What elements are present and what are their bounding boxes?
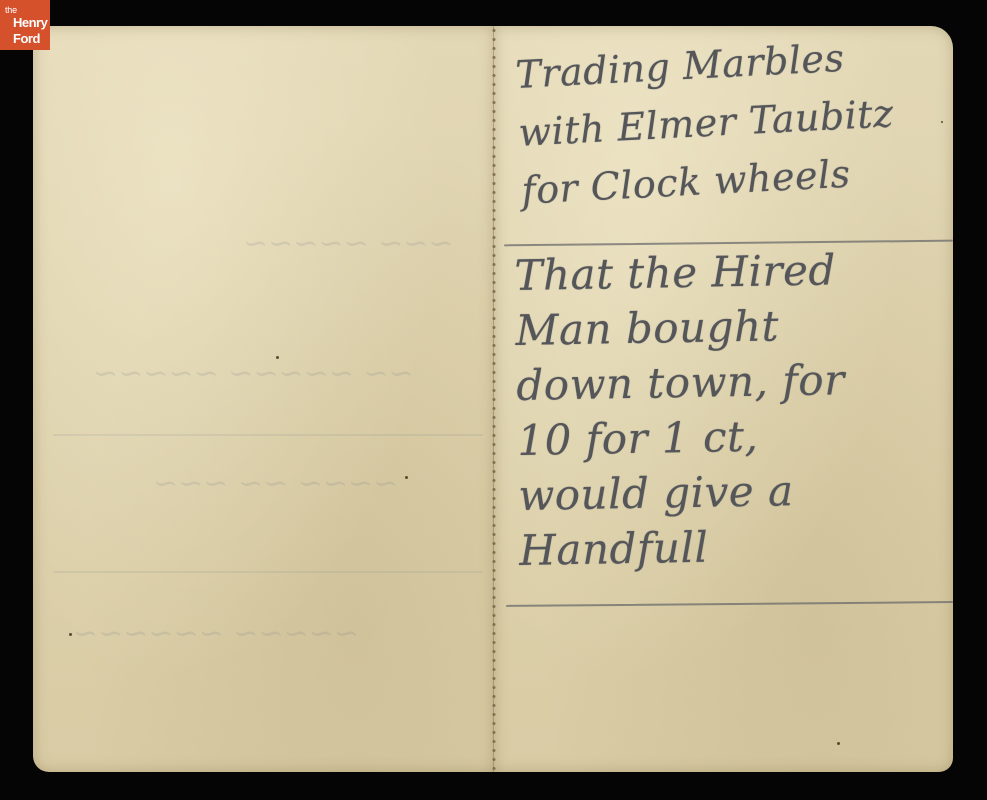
paper-speck — [941, 121, 943, 123]
spine-stitching — [490, 26, 498, 772]
bleed-through-text: ~~ ~~~~~ ~~~~~ — [93, 356, 414, 391]
paper-speck — [837, 742, 840, 745]
bleed-through-rule — [53, 434, 483, 436]
logo-the-text: the — [5, 6, 17, 15]
logo-henry-text: Henry — [13, 16, 47, 29]
handwritten-line: Man bought — [515, 297, 844, 358]
entry-trading-marbles: Trading Marbles with Elmer Taubitz for C… — [514, 26, 898, 219]
paper-speck — [276, 356, 279, 359]
handwritten-line: 10 for 1 ct, — [517, 407, 846, 468]
document-viewer: the Henry Ford ~~~ ~~~~~ ~~ ~~~~~ ~~~~~ … — [0, 0, 987, 800]
the-henry-ford-logo: the Henry Ford — [0, 0, 50, 50]
handwritten-line: down town, for — [516, 352, 845, 413]
handwritten-line: Handfull — [519, 517, 848, 578]
handwritten-line: That the Hired — [514, 242, 843, 303]
handwritten-line: would give a — [518, 462, 847, 523]
entry-hired-man: That the Hired Man bought down town, for… — [514, 242, 848, 578]
right-page: Trading Marbles with Elmer Taubitz for C… — [494, 26, 953, 772]
bleed-through-rule — [53, 571, 483, 573]
notebook-spread: ~~~ ~~~~~ ~~ ~~~~~ ~~~~~ ~~~~ ~~ ~~~ ~~~… — [33, 26, 953, 772]
paper-speck — [69, 633, 72, 636]
entry-divider-line — [506, 601, 953, 607]
bleed-through-text: ~~~~~ ~~~~~~ — [73, 616, 359, 651]
bleed-through-text: ~~~~ ~~ ~~~ — [153, 466, 398, 501]
bleed-through-text: ~~~ ~~~~~ — [243, 226, 454, 261]
logo-ford-text: Ford — [13, 32, 40, 45]
paper-speck — [405, 476, 408, 479]
left-page: ~~~ ~~~~~ ~~ ~~~~~ ~~~~~ ~~~~ ~~ ~~~ ~~~… — [33, 26, 494, 772]
